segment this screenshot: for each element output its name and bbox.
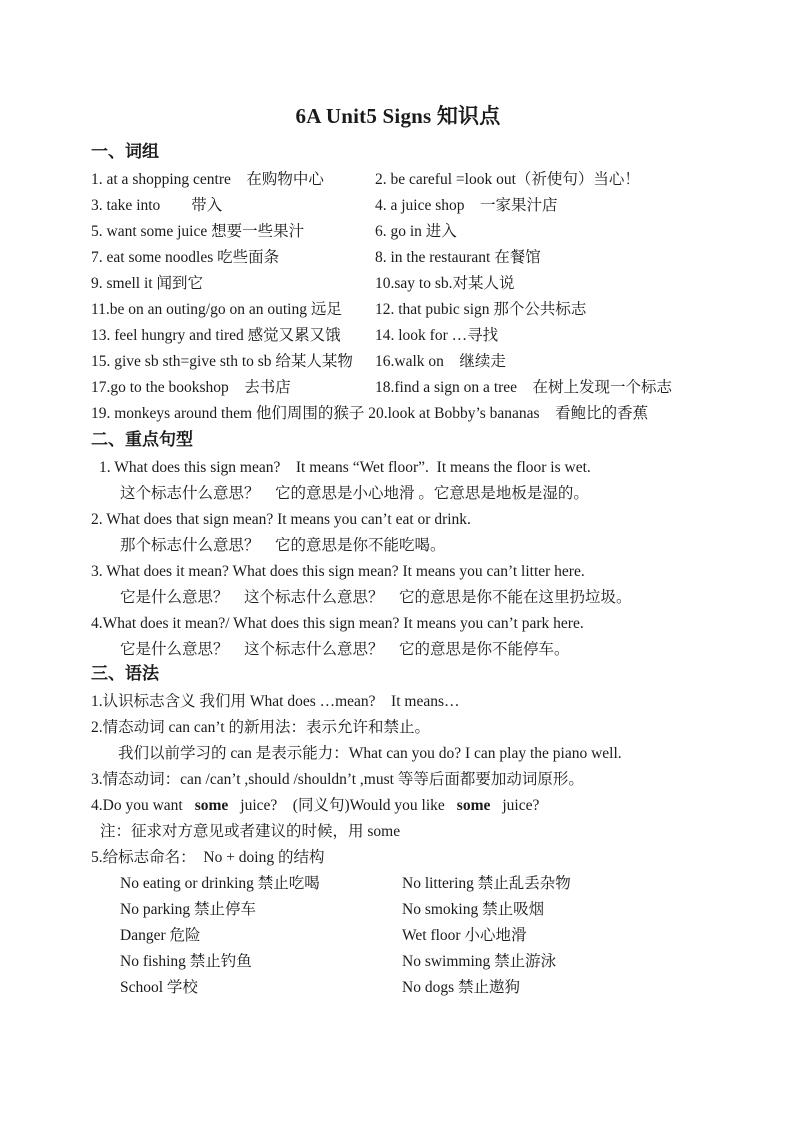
phrase-row-full: 19. monkeys around them 他们周围的猴子 20.look …	[91, 401, 705, 427]
phrase-item: 11.be on an outing/go on an outing 远足	[91, 297, 375, 323]
grammar-item-2: 2.情态动词 can can’t 的新用法：表示允许和禁止。	[91, 715, 705, 741]
phrase-item: 16.walk on 继续走	[375, 353, 506, 370]
sign-item: No eating or drinking 禁止吃喝	[120, 871, 402, 897]
sign-item: No fishing 禁止钓鱼	[120, 949, 402, 975]
grammar-item-4-bold: some	[457, 797, 491, 814]
phrase-item: 17.go to the bookshop 去书店	[91, 375, 375, 401]
phrase-item: 18.find a sign on a tree 在树上发现一个标志	[375, 379, 672, 396]
sign-row: No eating or drinking 禁止吃喝No littering 禁…	[91, 871, 705, 897]
phrase-row: 9. smell it 闻到它10.say to sb.对某人说	[91, 271, 705, 297]
sign-row: No fishing 禁止钓鱼No swimming 禁止游泳	[91, 949, 705, 975]
grammar-item-4-text: 4.Do you want	[91, 797, 183, 814]
sign-row: School 学校No dogs 禁止遨狗	[91, 975, 705, 1001]
document-page: 6A Unit5 Signs 知识点 一、词组 1. at a shopping…	[0, 0, 793, 1122]
sign-item: Wet floor 小心地滑	[402, 927, 526, 944]
phrase-item: 12. that pubic sign 那个公共标志	[375, 301, 586, 318]
sign-item: No smoking 禁止吸烟	[402, 901, 544, 918]
section-heading-phrases: 一、词组	[91, 141, 705, 163]
grammar-item-4: 4.Do you wantsomejuice? (同义句)Would you l…	[91, 793, 705, 819]
sign-item: School 学校	[120, 975, 402, 1001]
phrase-row: 13. feel hungry and tired 感觉又累又饿14. look…	[91, 323, 705, 349]
section-heading-sentences: 二、重点句型	[91, 429, 705, 451]
sentence-item: 1. What does this sign mean? It means “W…	[91, 455, 705, 507]
phrase-item: 13. feel hungry and tired 感觉又累又饿	[91, 323, 375, 349]
grammar-item-3: 3.情态动词：can /can’t ,should /shouldn’t ,mu…	[91, 767, 705, 793]
section-heading-grammar: 三、语法	[91, 663, 705, 685]
document-title: 6A Unit5 Signs 知识点	[91, 103, 705, 129]
phrase-row: 5. want some juice 想要一些果汁6. go in 进入	[91, 219, 705, 245]
grammar-item-1: 1.认识标志含义 我们用 What does …mean? It means…	[91, 689, 705, 715]
sentence-item: 4.What does it mean?/ What does this sig…	[91, 611, 705, 663]
phrase-item: 2. be careful =look out（祈使句）当心！	[375, 171, 640, 188]
phrase-row: 11.be on an outing/go on an outing 远足12.…	[91, 297, 705, 323]
sentence-english: 2. What does that sign mean? It means yo…	[91, 507, 705, 533]
sentence-item: 2. What does that sign mean? It means yo…	[91, 507, 705, 559]
sign-item: No parking 禁止停车	[120, 897, 402, 923]
sentence-english: 4.What does it mean?/ What does this sig…	[91, 611, 705, 637]
phrase-row: 17.go to the bookshop 去书店18.find a sign …	[91, 375, 705, 401]
grammar-item-4-note: 注：征求对方意见或者建议的时候，用 some	[91, 819, 705, 845]
phrase-item: 10.say to sb.对某人说	[375, 275, 515, 292]
sentence-chinese: 这个标志什么意思？ 它的意思是小心地滑 。它意思是地板是湿的。	[91, 481, 705, 507]
phrase-row: 1. at a shopping centre 在购物中心2. be caref…	[91, 167, 705, 193]
sentence-chinese: 它是什么意思？ 这个标志什么意思？ 它的意思是你不能在这里扔垃圾。	[91, 585, 705, 611]
phrase-item: 3. take into 带入	[91, 193, 375, 219]
phrase-item: 15. give sb sth=give sth to sb 给某人某物	[91, 349, 375, 375]
phrase-item: 7. eat some noodles 吃些面条	[91, 245, 375, 271]
phrase-row: 7. eat some noodles 吃些面条8. in the restau…	[91, 245, 705, 271]
sign-row: Danger 危险Wet floor 小心地滑	[91, 923, 705, 949]
sentence-chinese: 它是什么意思？ 这个标志什么意思？ 它的意思是你不能停车。	[91, 637, 705, 663]
phrase-item: 9. smell it 闻到它	[91, 271, 375, 297]
phrase-item: 1. at a shopping centre 在购物中心	[91, 167, 375, 193]
sentence-english: 3. What does it mean? What does this sig…	[91, 559, 705, 585]
phrase-item: 5. want some juice 想要一些果汁	[91, 219, 375, 245]
phrase-item: 6. go in 进入	[375, 223, 457, 240]
phrase-item: 8. in the restaurant 在餐馆	[375, 249, 541, 266]
sign-item: Danger 危险	[120, 923, 402, 949]
sign-item: No swimming 禁止游泳	[402, 953, 556, 970]
grammar-item-5: 5.给标志命名： No + doing 的结构	[91, 845, 705, 871]
sign-item: No dogs 禁止遨狗	[402, 979, 520, 996]
phrase-item: 4. a juice shop 一家果汁店	[375, 197, 558, 214]
grammar-item-4-text: juice?	[502, 797, 539, 814]
grammar-item-4-text: juice? (同义句)Would you like	[240, 797, 445, 814]
sign-row: No parking 禁止停车No smoking 禁止吸烟	[91, 897, 705, 923]
sentence-item: 3. What does it mean? What does this sig…	[91, 559, 705, 611]
phrase-item: 14. look for …寻找	[375, 327, 498, 344]
sign-item: No littering 禁止乱丢杂物	[402, 875, 571, 892]
sentence-chinese: 那个标志什么意思？ 它的意思是你不能吃喝。	[91, 533, 705, 559]
grammar-item-4-bold: some	[195, 797, 229, 814]
phrase-row: 3. take into 带入4. a juice shop 一家果汁店	[91, 193, 705, 219]
grammar-item-2-sub: 我们以前学习的 can 是表示能力：What can you do? I can…	[91, 741, 705, 767]
sentence-english: 1. What does this sign mean? It means “W…	[91, 455, 705, 481]
phrase-row: 15. give sb sth=give sth to sb 给某人某物16.w…	[91, 349, 705, 375]
